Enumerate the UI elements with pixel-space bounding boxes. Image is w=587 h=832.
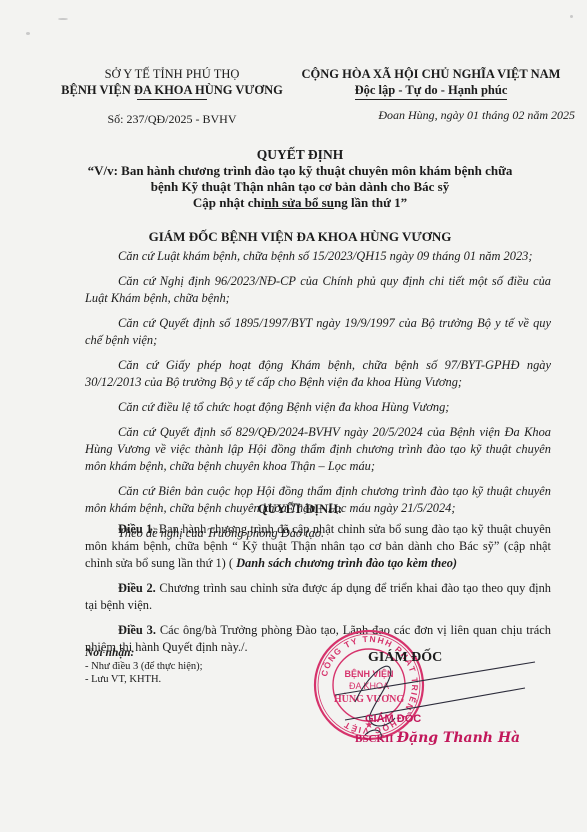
header-underline <box>137 99 207 100</box>
national-header: CỘNG HÒA XÃ HỘI CHỦ NGHĨA VIỆT NAM Độc l… <box>286 66 576 100</box>
legal-basis-item: Căn cứ Quyết định số 829/QĐ/2024-BVHV ng… <box>85 424 551 475</box>
article-text: Chương trình sau chỉnh sửa được áp dụng … <box>85 581 551 612</box>
issuing-organization: SỞ Y TẾ TỈNH PHÚ THỌ BỆNH VIỆN ĐA KHOA H… <box>60 66 284 127</box>
decision-document: SỞ Y TẾ TỈNH PHÚ THỌ BỆNH VIỆN ĐA KHOA H… <box>0 0 587 832</box>
document-title: QUYẾT ĐỊNH “V/v: Ban hành chương trình đ… <box>40 147 560 211</box>
hospital-name: BỆNH VIỆN ĐA KHOA HÙNG VƯƠNG <box>60 82 284 98</box>
subject-line-3-b: ng lần thứ 1” <box>334 195 407 210</box>
document-number: Số: 237/QĐ/2025 - BVHV <box>60 111 284 127</box>
scan-speck <box>570 15 573 18</box>
scan-speck <box>58 18 68 20</box>
signer-degree: BSCKII <box>355 733 394 745</box>
recipient-item: - Như điều 3 (để thực hiện); <box>85 660 203 673</box>
subject-line-3: Cập nhật chỉnh sửa bổ sung lần thứ 1” <box>40 195 560 211</box>
article-label: Điều 2. <box>118 581 156 595</box>
article-label: Điều 1. <box>118 522 155 536</box>
subject-line-3-a: Cập nhật chỉ <box>193 195 265 210</box>
legal-basis-item: Căn cứ Giấy phép hoạt động Khám bệnh, ch… <box>85 357 551 391</box>
stamp-signature-title: GIÁM ĐỐC <box>365 713 421 725</box>
national-title: CỘNG HÒA XÃ HỘI CHỦ NGHĨA VIỆT NAM <box>286 66 576 82</box>
legal-basis-item: Căn cứ điều lệ tổ chức hoạt động Bệnh vi… <box>85 399 551 416</box>
subject-line-2: bệnh Kỹ thuật Thận nhân tạo cơ bản dành … <box>40 179 560 195</box>
place-and-date: Đoan Hùng, ngày 01 tháng 02 năm 2025 <box>378 108 575 123</box>
article-2: Điều 2. Chương trình sau chỉnh sửa được … <box>85 580 551 614</box>
legal-basis-item: Căn cứ Luật khám bệnh, chữa bệnh số 15/2… <box>85 248 551 265</box>
article-1: Điều 1. Ban hành chương trình đã cập nhậ… <box>85 521 551 572</box>
subject-line-1: “V/v: Ban hành chương trình đào tạo kỹ t… <box>40 163 560 179</box>
signer-full-name: Đặng Thanh Hà <box>397 730 520 746</box>
national-motto: Độc lập - Tự do - Hạnh phúc <box>355 82 508 100</box>
recipients-title: Nơi nhận: <box>85 647 203 660</box>
article-label: Điều 3. <box>118 623 156 637</box>
recipient-item: - Lưu VT, KHTH. <box>85 673 203 686</box>
legal-basis-item: Căn cứ Nghị định 96/2023/NĐ-CP của Chính… <box>85 273 551 307</box>
subject-line-3-underlined: nh sửa bổ su <box>264 195 334 210</box>
scan-speck <box>26 32 30 35</box>
parent-organization: SỞ Y TẾ TỈNH PHÚ THỌ <box>60 66 284 82</box>
article-emphasis: Danh sách chương trình đào tạo kèm theo) <box>236 556 457 570</box>
recipients: Nơi nhận: - Như điều 3 (để thực hiện); -… <box>85 647 203 686</box>
decision-heading: QUYẾT ĐỊNH: <box>40 502 560 517</box>
title-heading: QUYẾT ĐỊNH <box>40 147 560 163</box>
handwritten-signature-icon <box>325 640 555 740</box>
signer-name: BSCKII Đặng Thanh Hà <box>355 730 520 746</box>
issuing-authority: GIÁM ĐỐC BỆNH VIỆN ĐA KHOA HÙNG VƯƠNG <box>40 229 560 245</box>
legal-basis-item: Căn cứ Quyết định số 1895/1997/BYT ngày … <box>85 315 551 349</box>
